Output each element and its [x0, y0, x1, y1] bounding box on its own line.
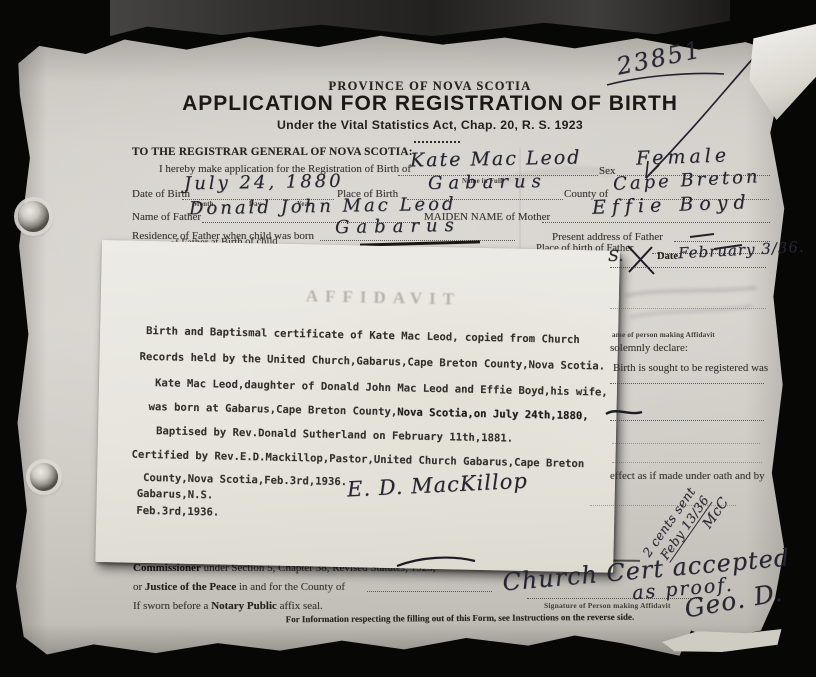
archival-photo-scan: V. S. Form 1. 5M-2-35 PROVINCE OF NOVA S…	[0, 0, 816, 677]
